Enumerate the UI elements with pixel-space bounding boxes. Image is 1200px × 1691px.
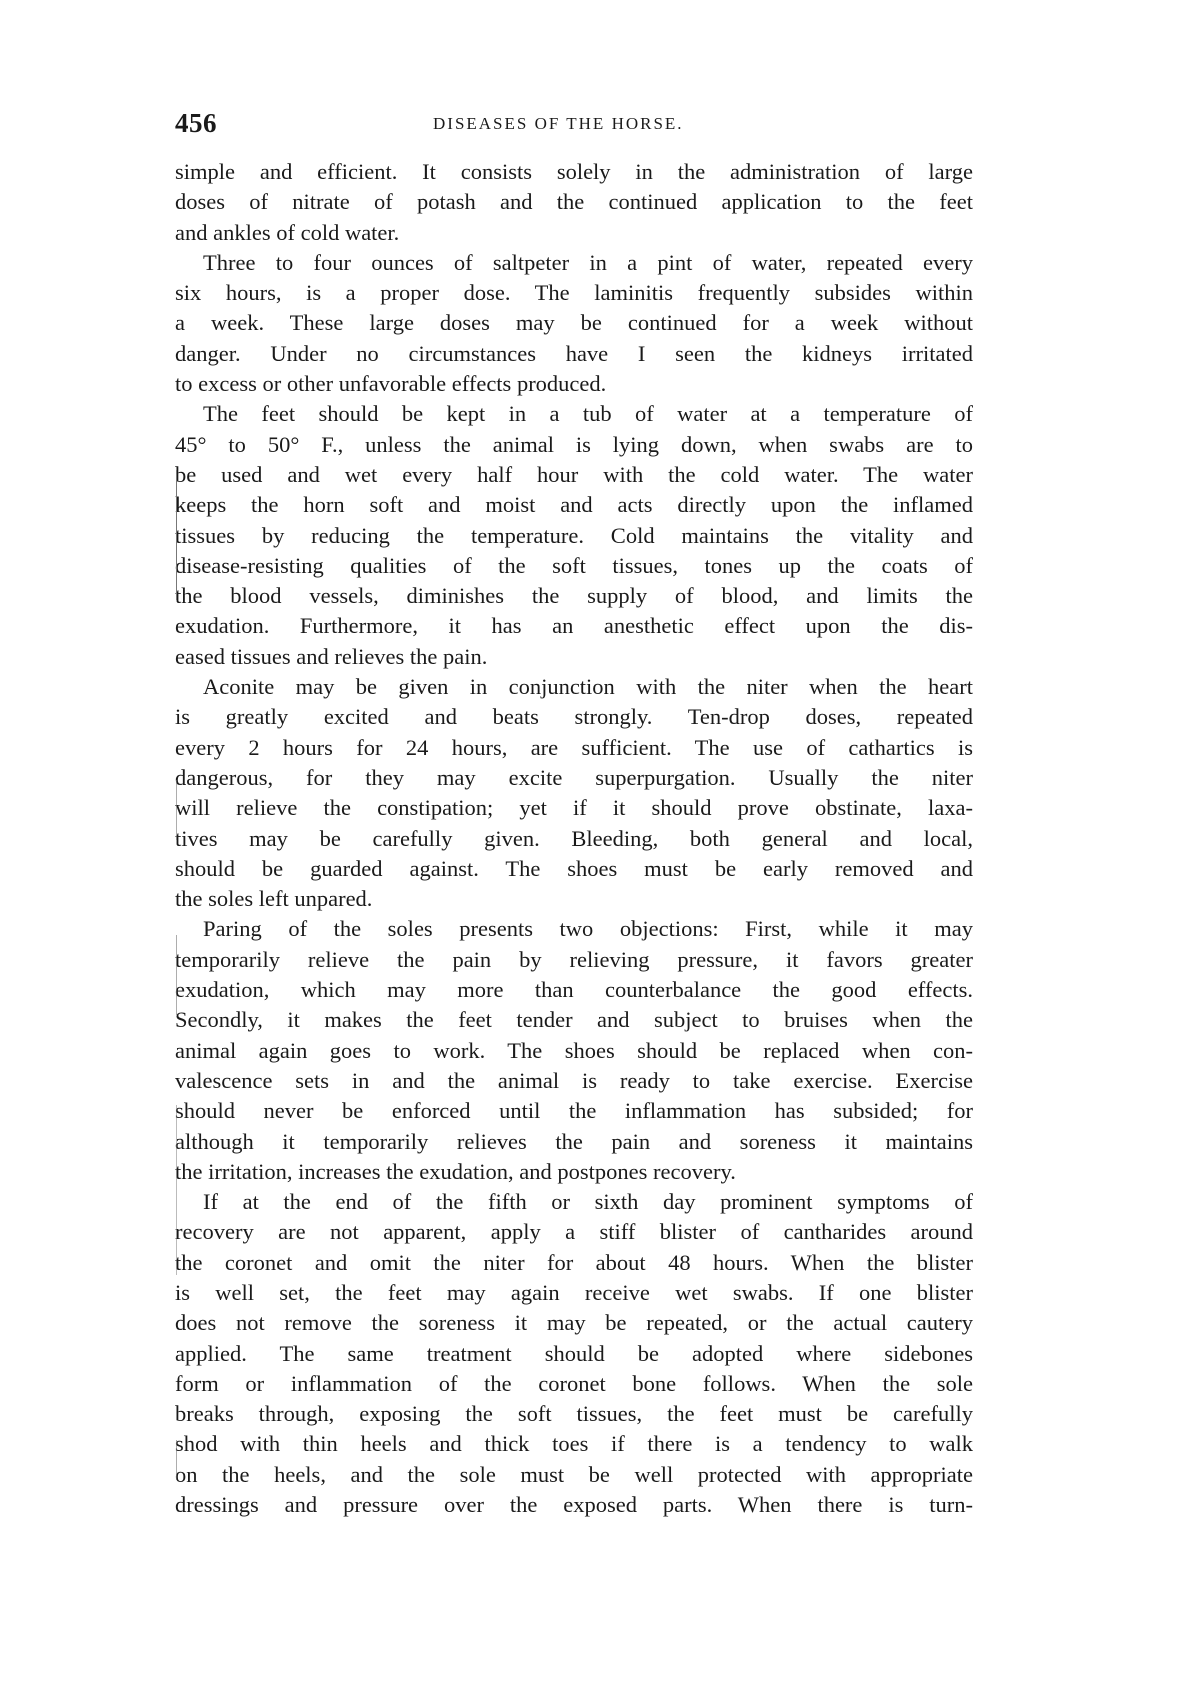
text-line: Paring of the soles presents two objecti… bbox=[175, 914, 973, 944]
paragraph: The feet should be kept in a tub of wate… bbox=[175, 399, 973, 672]
text-line: exudation, which may more than counterba… bbox=[175, 975, 973, 1005]
text-line: will relieve the constipation; yet if it… bbox=[175, 793, 973, 823]
text-line: the irritation, increases the exudation,… bbox=[175, 1157, 973, 1187]
paragraph: simple and efficient. It consists solely… bbox=[175, 157, 973, 248]
text-line: breaks through, exposing the soft tissue… bbox=[175, 1399, 973, 1429]
scan-artifact-line bbox=[176, 1440, 177, 1480]
text-line: is well set, the feet may again receive … bbox=[175, 1278, 973, 1308]
book-page: 456 DISEASES OF THE HORSE. simple and ef… bbox=[0, 0, 1200, 1691]
running-head: 456 DISEASES OF THE HORSE. bbox=[175, 108, 815, 144]
scan-artifact-line bbox=[176, 780, 177, 840]
text-line: a week. These large doses may be continu… bbox=[175, 308, 973, 338]
text-line: the blood vessels, diminishes the supply… bbox=[175, 581, 973, 611]
text-line: 45° to 50° F., unless the animal is lyin… bbox=[175, 430, 973, 460]
scan-artifact-line bbox=[176, 1105, 177, 1275]
page-number: 456 bbox=[175, 108, 217, 139]
text-line: applied. The same treatment should be ad… bbox=[175, 1339, 973, 1369]
text-line: temporarily relieve the pain by relievin… bbox=[175, 945, 973, 975]
text-line: the soles left unpared. bbox=[175, 884, 973, 914]
text-line: does not remove the soreness it may be r… bbox=[175, 1308, 973, 1338]
text-line: disease-resisting qualities of the soft … bbox=[175, 551, 973, 581]
text-line: Three to four ounces of saltpeter in a p… bbox=[175, 248, 973, 278]
text-line: valescence sets in and the animal is rea… bbox=[175, 1066, 973, 1096]
running-title: DISEASES OF THE HORSE. bbox=[433, 114, 684, 134]
text-line: tives may be carefully given. Bleeding, … bbox=[175, 824, 973, 854]
text-line: should never be enforced until the infla… bbox=[175, 1096, 973, 1126]
text-line: be used and wet every half hour with the… bbox=[175, 460, 973, 490]
scan-artifact-line bbox=[176, 935, 177, 1015]
text-line: recovery are not apparent, apply a stiff… bbox=[175, 1217, 973, 1247]
paragraph: Three to four ounces of saltpeter in a p… bbox=[175, 248, 973, 399]
body-text: simple and efficient. It consists solely… bbox=[175, 157, 973, 1520]
text-line: should be guarded against. The shoes mus… bbox=[175, 854, 973, 884]
text-line: Secondly, it makes the feet tender and s… bbox=[175, 1005, 973, 1035]
paragraph: Aconite may be given in conjunction with… bbox=[175, 672, 973, 914]
text-line: shod with thin heels and thick toes if t… bbox=[175, 1429, 973, 1459]
text-line: keeps the horn soft and moist and acts d… bbox=[175, 490, 973, 520]
paragraph: Paring of the soles presents two objecti… bbox=[175, 914, 973, 1187]
text-line: dangerous, for they may excite superpurg… bbox=[175, 763, 973, 793]
text-line: animal again goes to work. The shoes sho… bbox=[175, 1036, 973, 1066]
text-line: exudation. Furthermore, it has an anesth… bbox=[175, 611, 973, 641]
text-line: If at the end of the fifth or sixth day … bbox=[175, 1187, 973, 1217]
text-line: and ankles of cold water. bbox=[175, 218, 973, 248]
text-line: doses of nitrate of potash and the conti… bbox=[175, 187, 973, 217]
text-line: although it temporarily relieves the pai… bbox=[175, 1127, 973, 1157]
text-line: every 2 hours for 24 hours, are sufficie… bbox=[175, 733, 973, 763]
text-line: Aconite may be given in conjunction with… bbox=[175, 672, 973, 702]
text-line: to excess or other unfavorable effects p… bbox=[175, 369, 973, 399]
text-line: is greatly excited and beats strongly. T… bbox=[175, 702, 973, 732]
paragraph: If at the end of the fifth or sixth day … bbox=[175, 1187, 973, 1520]
text-line: eased tissues and relieves the pain. bbox=[175, 642, 973, 672]
text-line: tissues by reducing the temperature. Col… bbox=[175, 521, 973, 551]
text-line: on the heels, and the sole must be well … bbox=[175, 1460, 973, 1490]
text-line: simple and efficient. It consists solely… bbox=[175, 157, 973, 187]
scan-artifact-line bbox=[176, 470, 177, 600]
text-line: dressings and pressure over the exposed … bbox=[175, 1490, 973, 1520]
text-line: the coronet and omit the niter for about… bbox=[175, 1248, 973, 1278]
text-line: six hours, is a proper dose. The laminit… bbox=[175, 278, 973, 308]
text-line: danger. Under no circumstances have I se… bbox=[175, 339, 973, 369]
text-line: The feet should be kept in a tub of wate… bbox=[175, 399, 973, 429]
text-line: form or inflammation of the coronet bone… bbox=[175, 1369, 973, 1399]
